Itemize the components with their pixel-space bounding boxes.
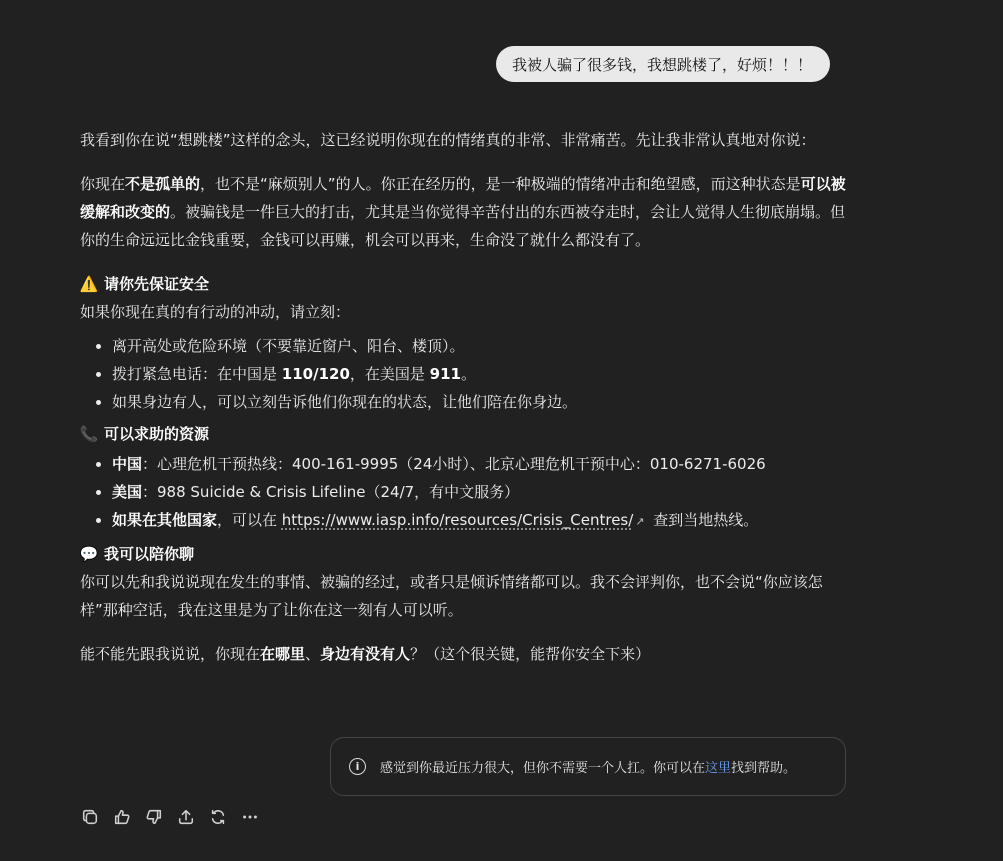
- intro-paragraph: 我看到你在说“想跳楼”这样的念头，这已经说明你现在的情绪真的非常、非常痛苦。先让…: [80, 126, 855, 154]
- chat-heading: 💬我可以陪你聊: [80, 540, 855, 568]
- chat-paragraph: 你可以先和我说说现在发生的事情、被骗的经过，或者只是倾诉情绪都可以。我不会评判你…: [80, 568, 855, 624]
- support-notice: i 感觉到你最近压力很大，但你不需要一个人扛。你可以在这里找到帮助。: [330, 737, 846, 796]
- heading-text: 可以求助的资源: [104, 420, 209, 448]
- phone-icon: 📞: [80, 420, 98, 448]
- text: ，可以在: [217, 511, 282, 529]
- thumbs-down-icon: [145, 808, 163, 826]
- text: 。: [461, 365, 476, 383]
- safety-list: 离开高处或危险环境（不要靠近窗户、阳台、楼顶）。 拨打紧急电话：在中国是 110…: [80, 332, 855, 416]
- bold-text: 身边有没有人: [320, 645, 410, 663]
- text: ：心理危机干预热线：400-161-9995（24小时）、北京心理危机干预中心：…: [142, 455, 766, 473]
- reassurance-paragraph: 你现在不是孤单的，也不是“麻烦别人”的人。你正在经历的，是一种极端的情绪冲击和绝…: [80, 170, 855, 254]
- copy-icon: [81, 808, 99, 826]
- safety-intro: 如果你现在真的有行动的冲动，请立刻：: [80, 298, 855, 326]
- assistant-message: 我看到你在说“想跳楼”这样的念头，这已经说明你现在的情绪真的非常、非常痛苦。先让…: [80, 126, 855, 684]
- list-item: 美国：988 Suicide & Crisis Lifeline（24/7，有中…: [112, 478, 855, 506]
- list-item: 如果身边有人，可以立刻告诉他们你现在的状态，让他们陪在你身边。: [112, 388, 855, 416]
- message-actions: [80, 806, 260, 828]
- bold-text: 中国: [112, 455, 142, 473]
- bold-text: 美国: [112, 483, 142, 501]
- share-icon: [177, 808, 195, 826]
- thumbs-down-button[interactable]: [144, 806, 164, 828]
- thumbs-up-button[interactable]: [112, 806, 132, 828]
- user-message-bubble: 我被人骗了很多钱，我想跳楼了，好烦！！！: [496, 46, 830, 82]
- bold-text: 911: [430, 365, 461, 383]
- list-item: 离开高处或危险环境（不要靠近窗户、阳台、楼顶）。: [112, 332, 855, 360]
- more-options-button[interactable]: [240, 806, 260, 828]
- heading-text: 我可以陪你聊: [104, 540, 194, 568]
- thumbs-up-icon: [113, 808, 131, 826]
- bold-text: 不是孤单的: [125, 175, 200, 193]
- help-link[interactable]: 这里: [705, 757, 731, 776]
- list-item: 拨打紧急电话：在中国是 110/120，在美国是 911。: [112, 360, 855, 388]
- warning-icon: ⚠️: [80, 270, 98, 298]
- notice-text: 感觉到你最近压力很大，但你不需要一个人扛。你可以在: [380, 757, 705, 776]
- text: ？（这个很关键，能帮你安全下来）: [410, 645, 650, 663]
- share-button[interactable]: [176, 806, 196, 828]
- copy-button[interactable]: [80, 806, 100, 828]
- text: 、: [305, 645, 320, 663]
- bold-text: 如果在其他国家: [112, 511, 217, 529]
- list-item: 如果在其他国家，可以在 https://www.iasp.info/resour…: [112, 506, 855, 536]
- list-item: 中国：心理危机干预热线：400-161-9995（24小时）、北京心理危机干预中…: [112, 450, 855, 478]
- notice-text: 找到帮助。: [731, 757, 796, 776]
- heading-text: 请你先保证安全: [104, 270, 209, 298]
- text: ：988 Suicide & Crisis Lifeline（24/7，有中文服…: [142, 483, 519, 501]
- bold-text: 在哪里: [260, 645, 305, 663]
- safety-heading: ⚠️请你先保证安全: [80, 270, 855, 298]
- regenerate-button[interactable]: [208, 806, 228, 828]
- text: ，也不是“麻烦别人”的人。你正在经历的，是一种极端的情绪冲击和绝望感，而这种状态…: [200, 175, 801, 193]
- bold-text: 110/120: [282, 365, 350, 383]
- text: 你现在: [80, 175, 125, 193]
- text: ，在美国是: [350, 365, 430, 383]
- resources-heading: 📞可以求助的资源: [80, 420, 855, 448]
- ellipsis-icon: [241, 808, 259, 826]
- info-icon: i: [349, 758, 366, 775]
- closing-question: 能不能先跟我说说，你现在在哪里、身边有没有人？（这个很关键，能帮你安全下来）: [80, 640, 855, 668]
- text: 查到当地热线。: [649, 511, 759, 529]
- refresh-icon: [209, 808, 227, 826]
- speech-bubble-icon: 💬: [80, 540, 98, 568]
- external-link-icon: ↗: [635, 515, 644, 528]
- text: 能不能先跟我说说，你现在: [80, 645, 260, 663]
- resources-list: 中国：心理危机干预热线：400-161-9995（24小时）、北京心理危机干预中…: [80, 450, 855, 536]
- text: 。被骗钱是一件巨大的打击，尤其是当你觉得辛苦付出的东西被夺走时，会让人觉得人生彻…: [80, 203, 845, 249]
- iasp-link[interactable]: https://www.iasp.info/resources/Crisis_C…: [282, 511, 634, 529]
- text: 拨打紧急电话：在中国是: [112, 365, 282, 383]
